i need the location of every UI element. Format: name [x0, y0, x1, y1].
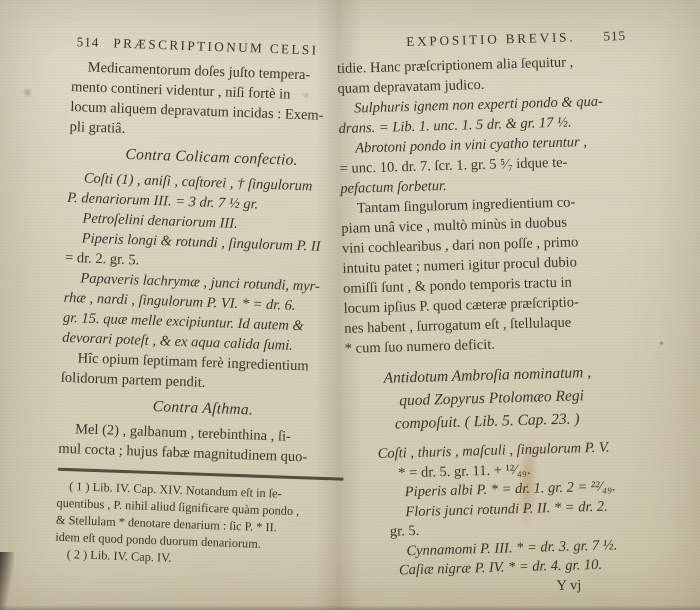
book-photo: 514 PRÆSCRIPTIONUM CELSI Medicamentorum …	[0, 0, 700, 610]
right-page-number: 515	[603, 26, 626, 47]
bottom-edge-shadow	[0, 605, 700, 610]
paper-stain	[22, 88, 33, 97]
text-line: Contra Aſthma.	[60, 394, 347, 424]
corner-shadow	[0, 552, 14, 610]
text-line: Contra Colicam confectio.	[68, 143, 355, 173]
right-running-title: EXPOSITIO BREVIS.	[406, 27, 576, 52]
left-page: 514 PRÆSCRIPTIONUM CELSI Medicamentorum …	[54, 32, 358, 572]
paper-stain	[659, 341, 664, 345]
left-page-number: 514	[76, 32, 99, 53]
right-page-body: tidie. Hanc præſcriptionem alia ſequitur…	[337, 51, 654, 602]
right-page: EXPOSITIO BREVIS. 515 tidie. Hanc præſcr…	[336, 26, 654, 602]
left-page-footnotes: ( 1 ) Lib. IV. Cap. XIV. Notandum eſt in…	[54, 477, 343, 572]
left-page-body: Medicamentorum doſes juſto tempera-mento…	[58, 57, 358, 469]
